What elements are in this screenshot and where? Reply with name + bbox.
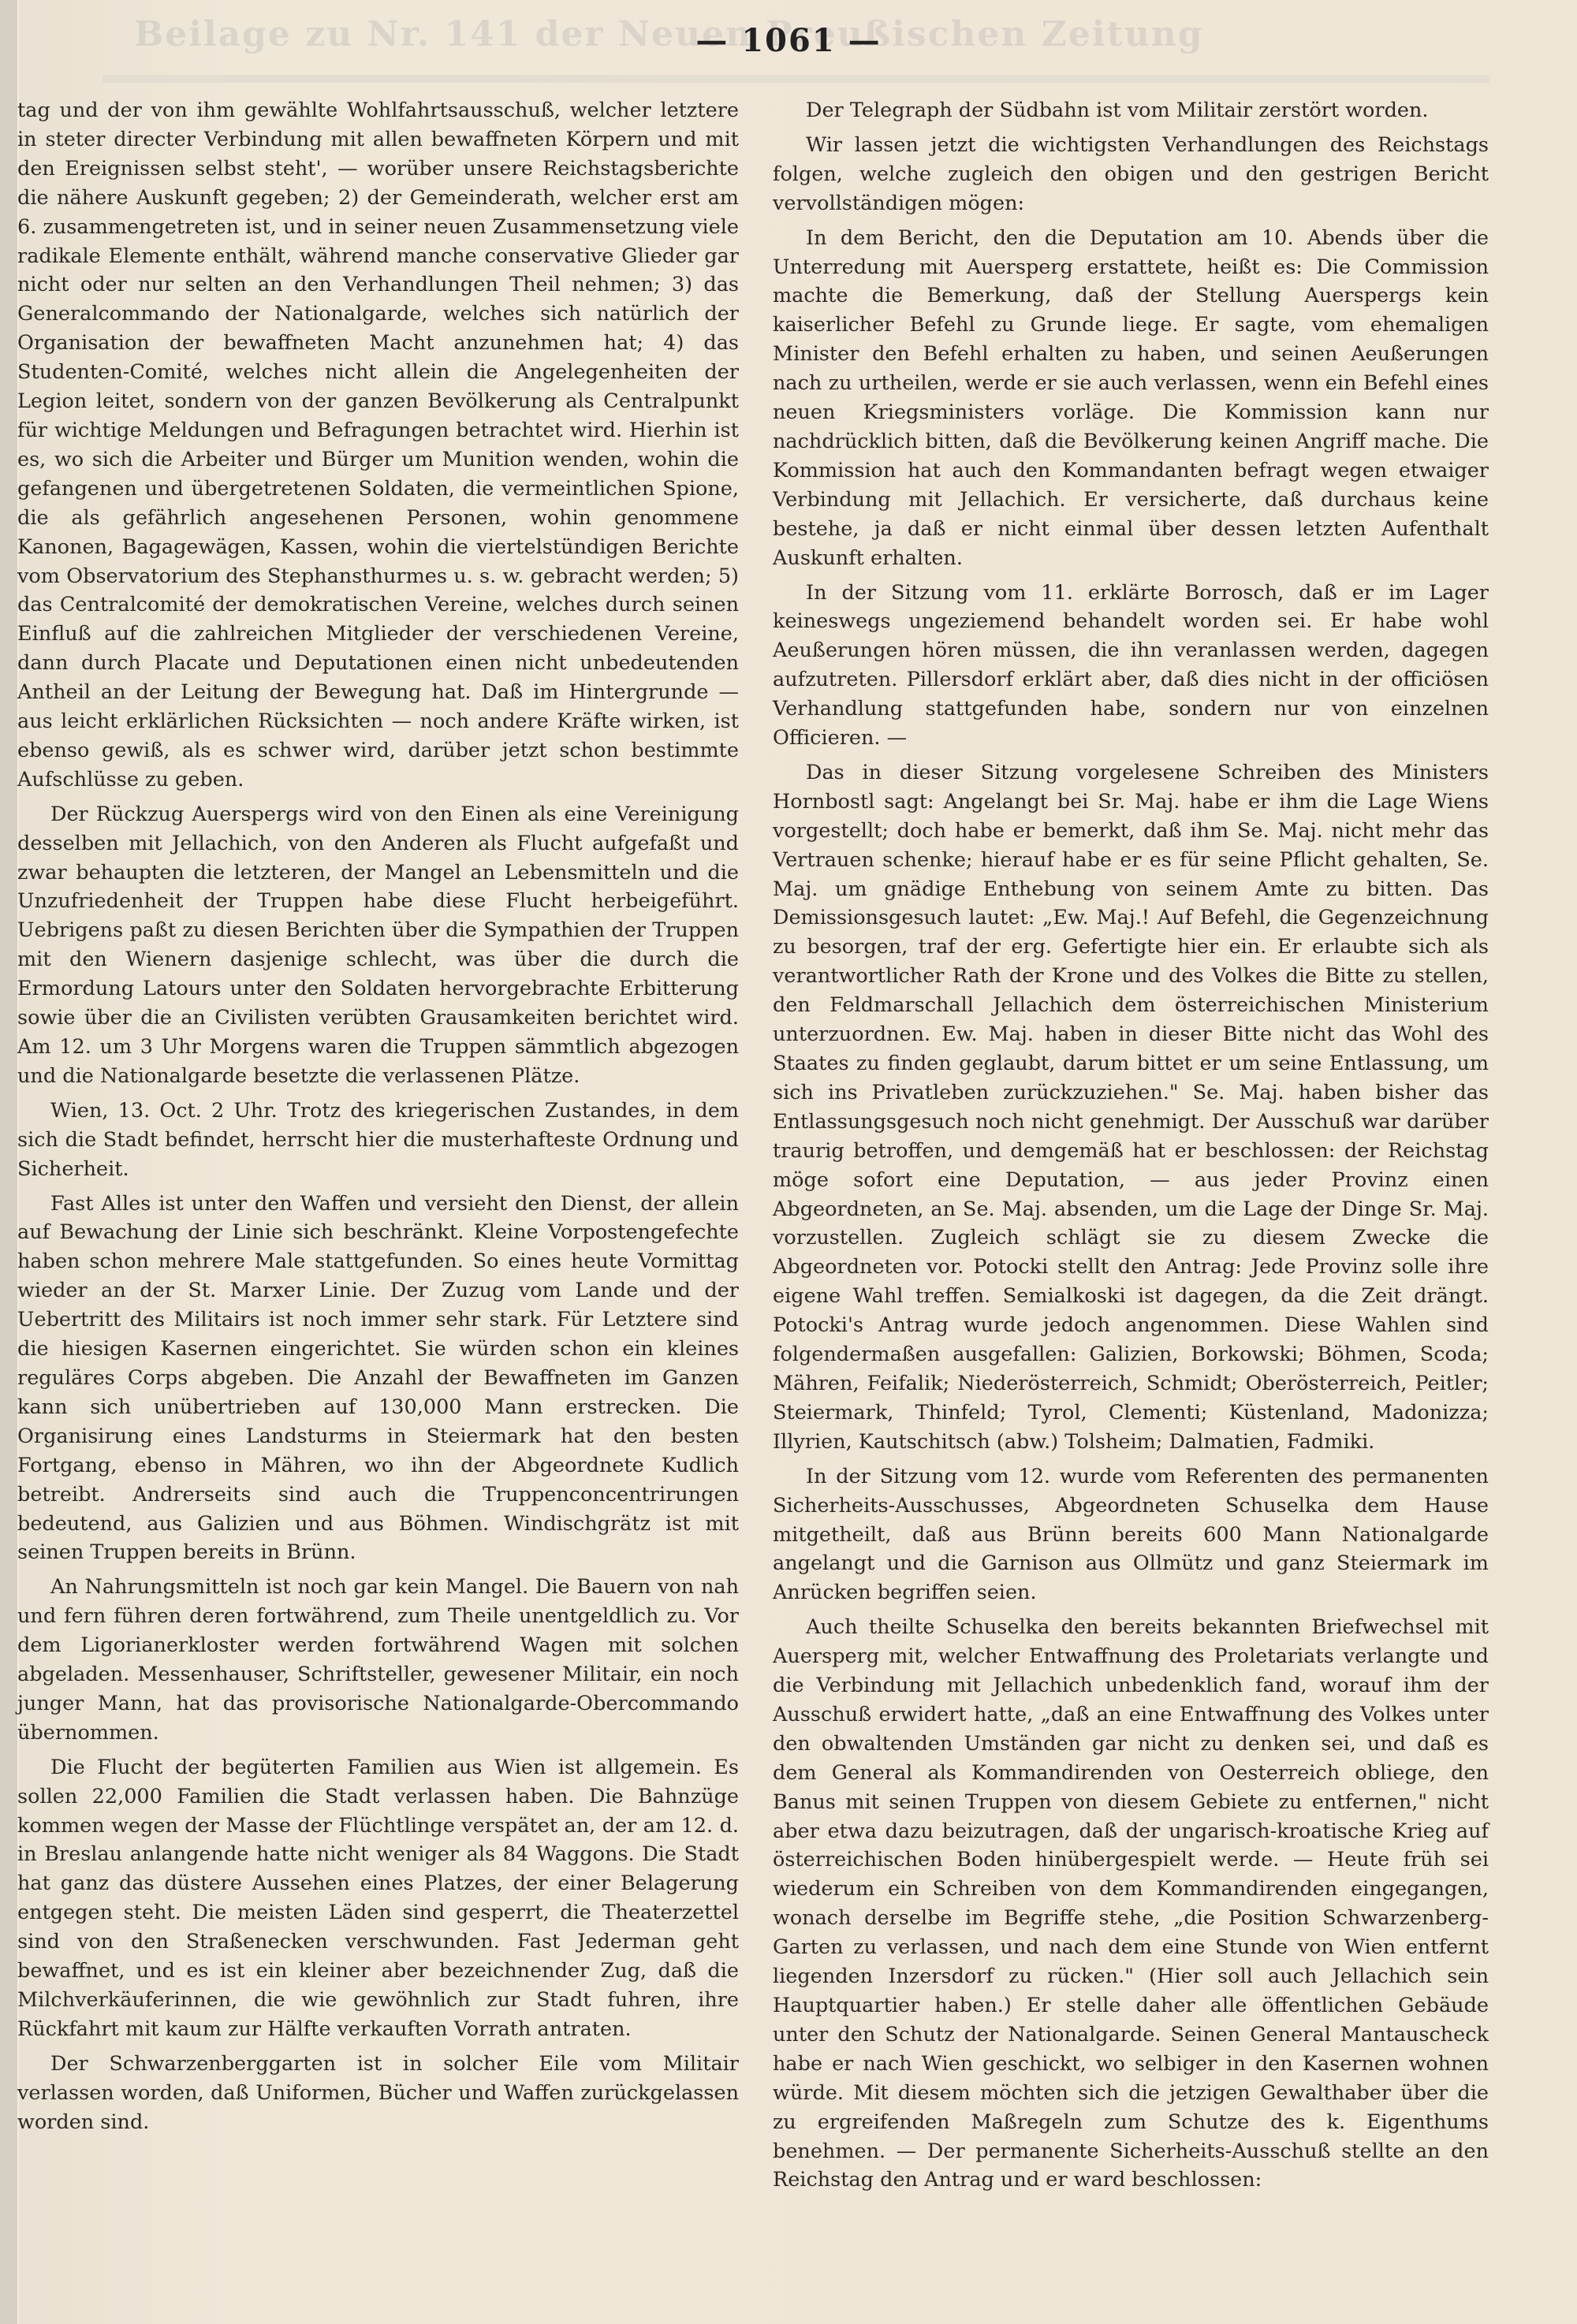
paragraph: An Nahrungsmitteln ist noch gar kein Man… xyxy=(17,1573,739,1747)
paragraph: Der Telegraph der Südbahn ist vom Milita… xyxy=(773,96,1489,125)
bleed-through-rule xyxy=(103,75,1490,83)
newspaper-page: Beilage zu Nr. 141 der Neuen Preußischen… xyxy=(0,0,1577,2324)
paragraph: In dem Bericht, den die Deputation am 10… xyxy=(773,224,1489,573)
paragraph: Die Flucht der begüterten Familien aus W… xyxy=(17,1753,739,2044)
paragraph: Der Schwarzenberggarten ist in solcher E… xyxy=(17,2050,739,2137)
paragraph: In der Sitzung vom 11. erklärte Borrosch… xyxy=(773,579,1489,753)
paragraph: Fast Alles ist unter den Waffen und vers… xyxy=(17,1190,739,1568)
paragraph: Auch theilte Schuselka den bereits bekan… xyxy=(773,1613,1489,2195)
paragraph: tag und der von ihm gewählte Wohlfahrtsa… xyxy=(17,96,739,795)
right-column: Der Telegraph der Südbahn ist vom Milita… xyxy=(773,96,1489,2200)
left-column: tag und der von ihm gewählte Wohlfahrtsa… xyxy=(17,96,739,2143)
binding-edge xyxy=(0,0,19,2324)
paragraph: Der Rückzug Auerspergs wird von den Eine… xyxy=(17,800,739,1091)
paragraph-dateline-wien: Wien, 13. Oct. 2 Uhr. Trotz des kriegeri… xyxy=(17,1097,739,1184)
page-number: — 1061 — xyxy=(0,22,1577,59)
paragraph: Wir lassen jetzt die wichtigsten Verhand… xyxy=(773,131,1489,218)
paragraph: In der Sitzung vom 12. wurde vom Referen… xyxy=(773,1462,1489,1608)
paragraph: Das in dieser Sitzung vorgelesene Schrei… xyxy=(773,758,1489,1457)
